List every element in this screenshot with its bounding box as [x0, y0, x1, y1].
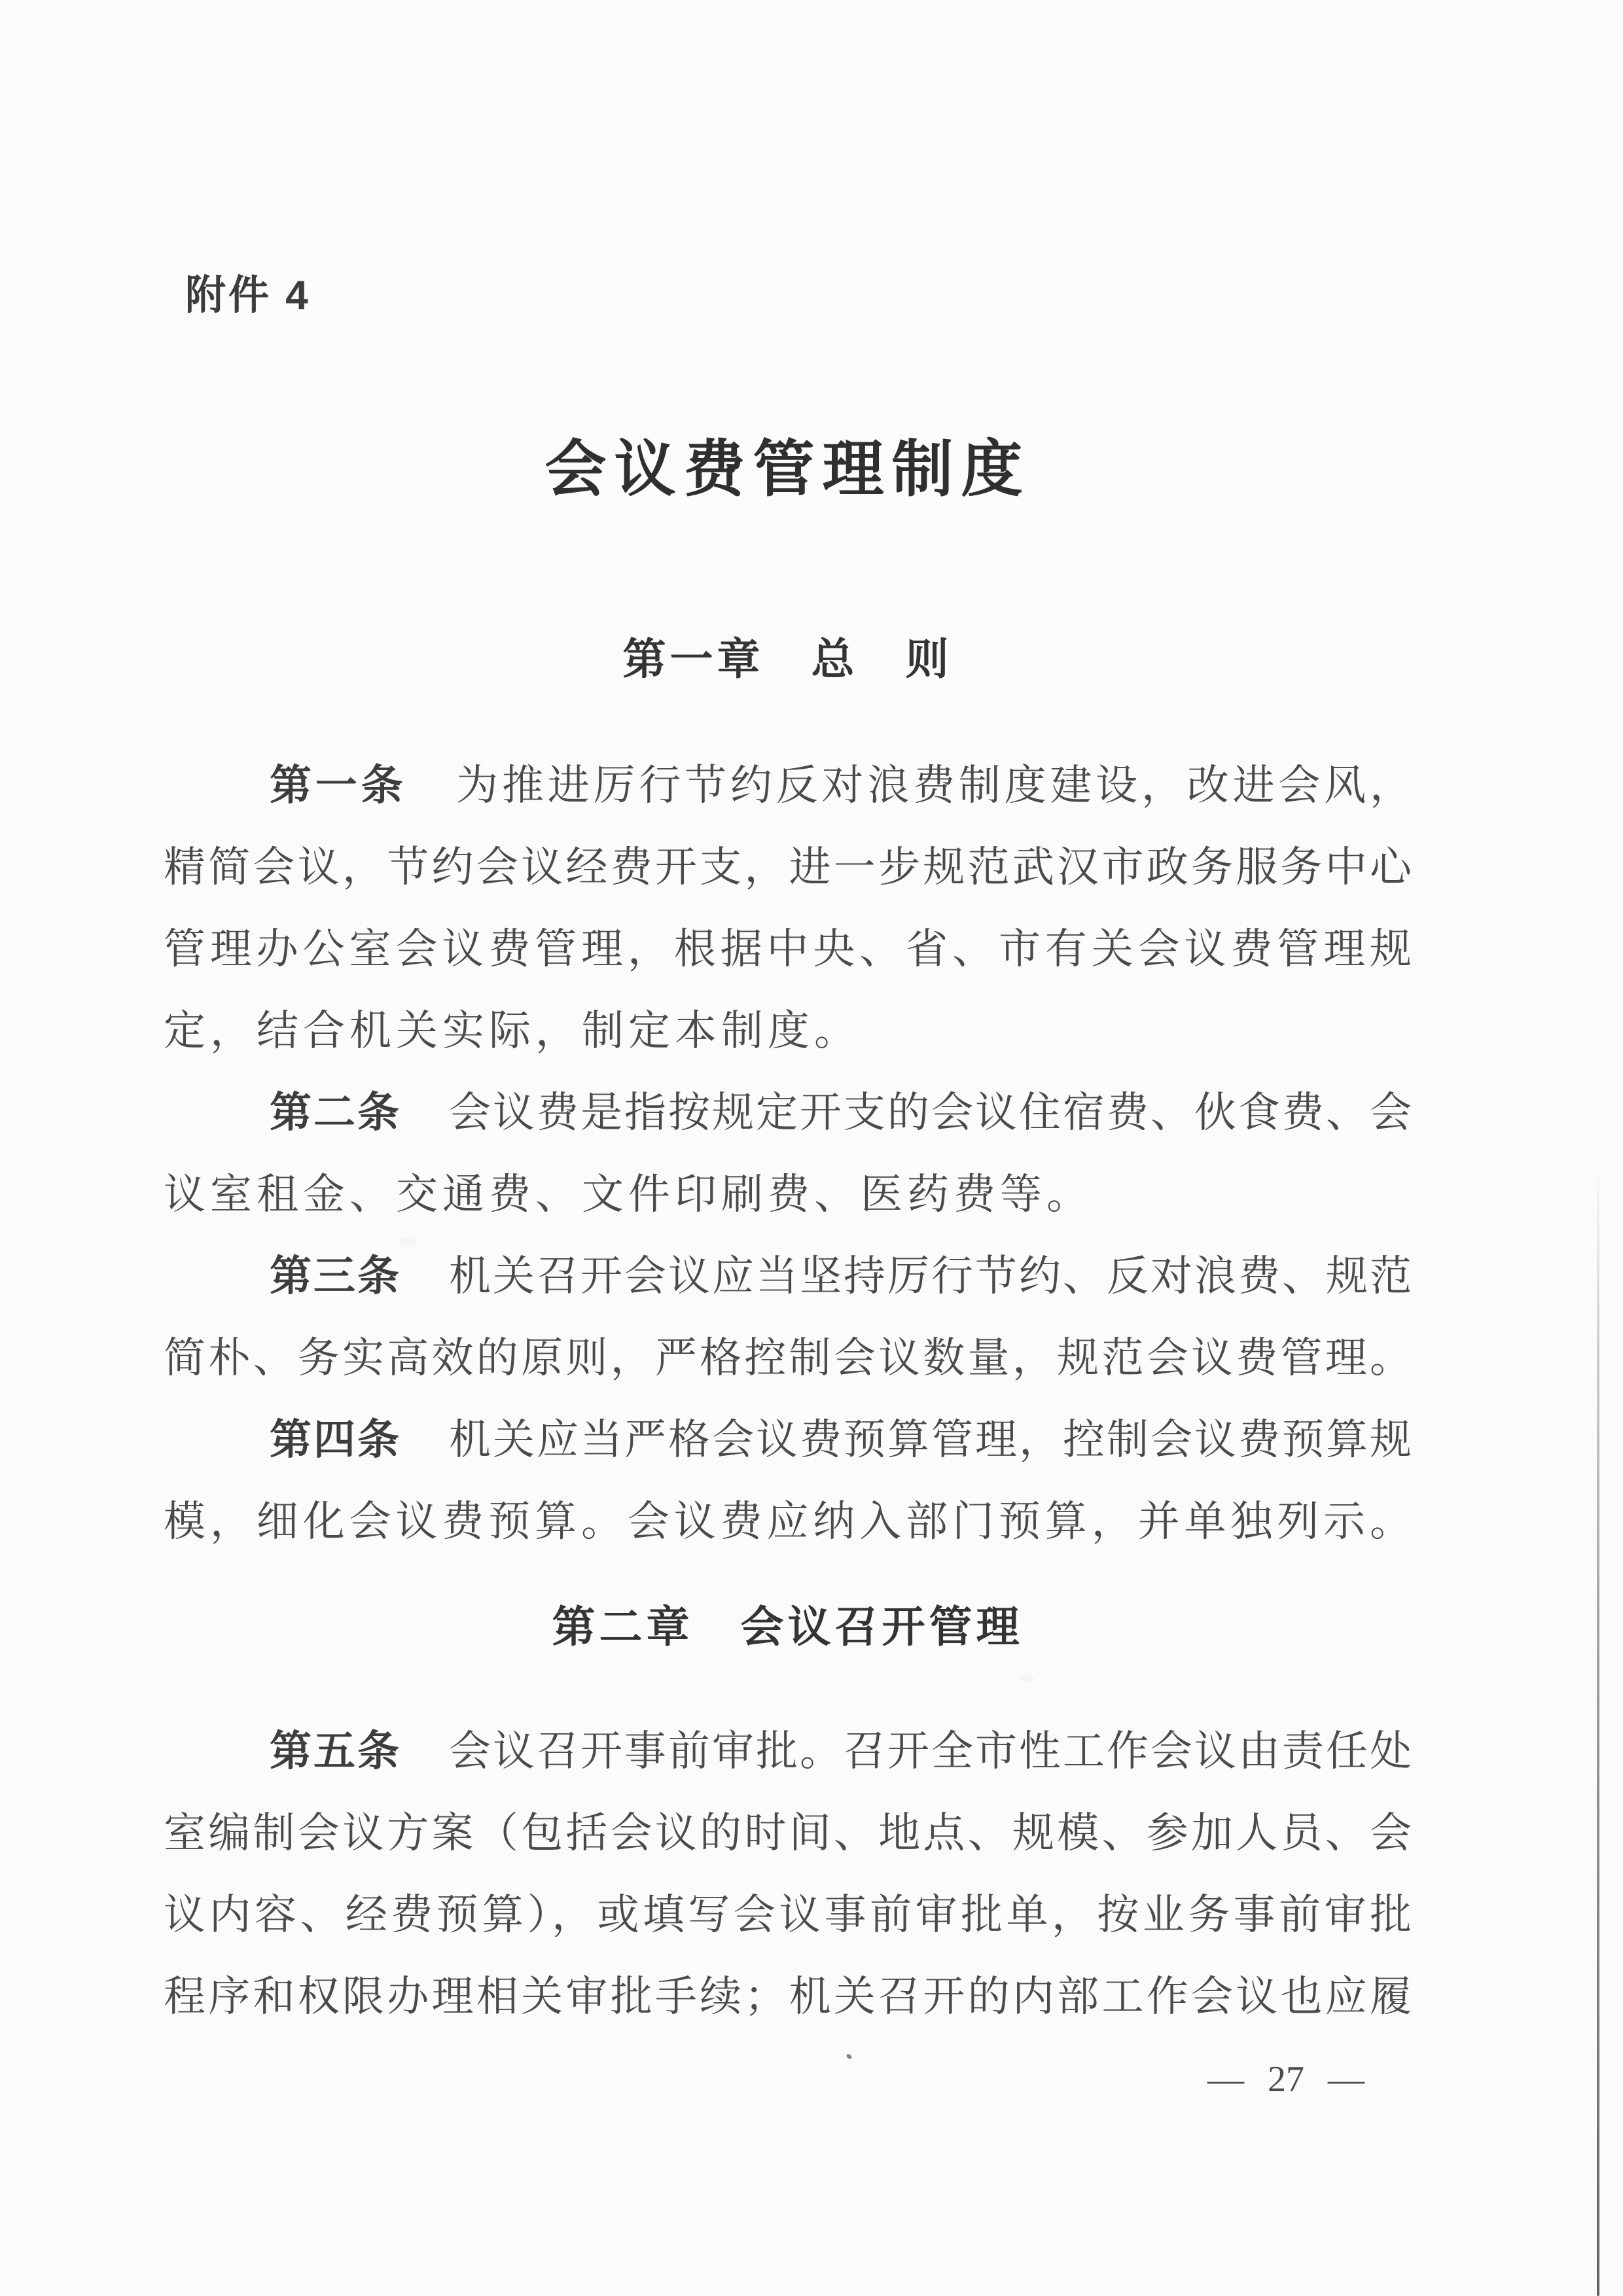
- body-line: 第五条会议召开事前审批。召开全市性工作会议由责任处: [164, 1710, 1412, 1792]
- body-line: 议内容、经费预算），或填写会议事前审批单，按业务事前审批: [164, 1874, 1412, 1956]
- document-body: 第一条为推进厉行节约反对浪费制度建设，改进会风， 精简会议，节约会议经费开支，进…: [164, 745, 1412, 2038]
- body-line-text: 为推进厉行节约反对浪费制度建设，改进会风，: [452, 762, 1412, 809]
- body-line-text: 议内容、经费预算），或填写会议事前审批单，按业务事前审批: [164, 1892, 1412, 1938]
- body-line: 第二条会议费是指按规定开支的会议住宿费、伙食费、会: [164, 1072, 1412, 1154]
- body-line: 第一条为推进厉行节约反对浪费制度建设，改进会风，: [164, 745, 1412, 826]
- chapter-2-heading: 第二章 会议召开管理: [164, 1563, 1412, 1710]
- scan-edge-line: [1597, 1165, 1599, 2296]
- article-number: 第三条: [270, 1252, 401, 1299]
- scanned-document-page: 附件 4 会议费管理制度 第一章 总 则 第一条为推进厉行节约反对浪费制度建设，…: [0, 0, 1623, 2296]
- scan-smudge: [1021, 1675, 1034, 1683]
- page-number: — 27 —: [1207, 2055, 1364, 2104]
- document-title: 会议费管理制度: [164, 436, 1412, 504]
- body-line: 管理办公室会议费管理，根据中央、省、市有关会议费管理规: [164, 908, 1412, 990]
- body-line-text: 精简会议，节约会议经费开支，进一步规范武汉市政务服务中心: [164, 844, 1412, 891]
- body-line: 精简会议，节约会议经费开支，进一步规范武汉市政务服务中心: [164, 826, 1412, 908]
- body-line-text: 定，结合机关实际，制定本制度。: [164, 1008, 861, 1054]
- body-line-text: 机关召开会议应当坚持厉行节约、反对浪费、规范: [447, 1253, 1412, 1299]
- attachment-label: 附件 4: [185, 270, 311, 322]
- article-number: 第一条: [270, 762, 406, 809]
- article-number: 第四条: [270, 1416, 401, 1463]
- body-line: 第三条机关召开会议应当坚持厉行节约、反对浪费、规范: [164, 1235, 1412, 1317]
- chapter-1-heading: 第一章 总 则: [164, 635, 1412, 683]
- body-line-text: 管理办公室会议费管理，根据中央、省、市有关会议费管理规: [164, 926, 1412, 972]
- body-line: 第四条机关应当严格会议费预算管理，控制会议费预算规: [164, 1399, 1412, 1481]
- scan-speck: [846, 2053, 853, 2060]
- body-line: 模，细化会议费预算。会议费应纳入部门预算，并单独列示。: [164, 1481, 1412, 1563]
- body-line: 程序和权限办理相关审批手续；机关召开的内部工作会议也应履: [164, 1956, 1412, 2038]
- body-line-text: 机关应当严格会议费预算管理，控制会议费预算规: [447, 1417, 1412, 1463]
- body-line-text: 程序和权限办理相关审批手续；机关召开的内部工作会议也应履: [164, 1973, 1412, 2020]
- body-line: 简朴、务实高效的原则，严格控制会议数量，规范会议费管理。: [164, 1317, 1412, 1399]
- body-line-text: 模，细化会议费预算。会议费应纳入部门预算，并单独列示。: [164, 1498, 1412, 1545]
- body-line: 议室租金、交通费、文件印刷费、医药费等。: [164, 1154, 1412, 1235]
- body-line-text: 议室租金、交通费、文件印刷费、医药费等。: [164, 1171, 1093, 1218]
- body-line-text: 简朴、务实高效的原则，严格控制会议数量，规范会议费管理。: [164, 1335, 1412, 1381]
- body-line-text: 室编制会议方案（包括会议的时间、地点、规模、参加人员、会: [164, 1810, 1412, 1856]
- body-line-text: 会议费是指按规定开支的会议住宿费、伙食费、会: [447, 1089, 1412, 1136]
- body-line-text: 会议召开事前审批。召开全市性工作会议由责任处: [447, 1728, 1412, 1775]
- scan-smudge: [399, 1237, 416, 1246]
- body-line: 定，结合机关实际，制定本制度。: [164, 990, 1412, 1072]
- article-number: 第二条: [270, 1089, 401, 1136]
- article-number: 第五条: [270, 1727, 401, 1775]
- body-line: 室编制会议方案（包括会议的时间、地点、规模、参加人员、会: [164, 1792, 1412, 1874]
